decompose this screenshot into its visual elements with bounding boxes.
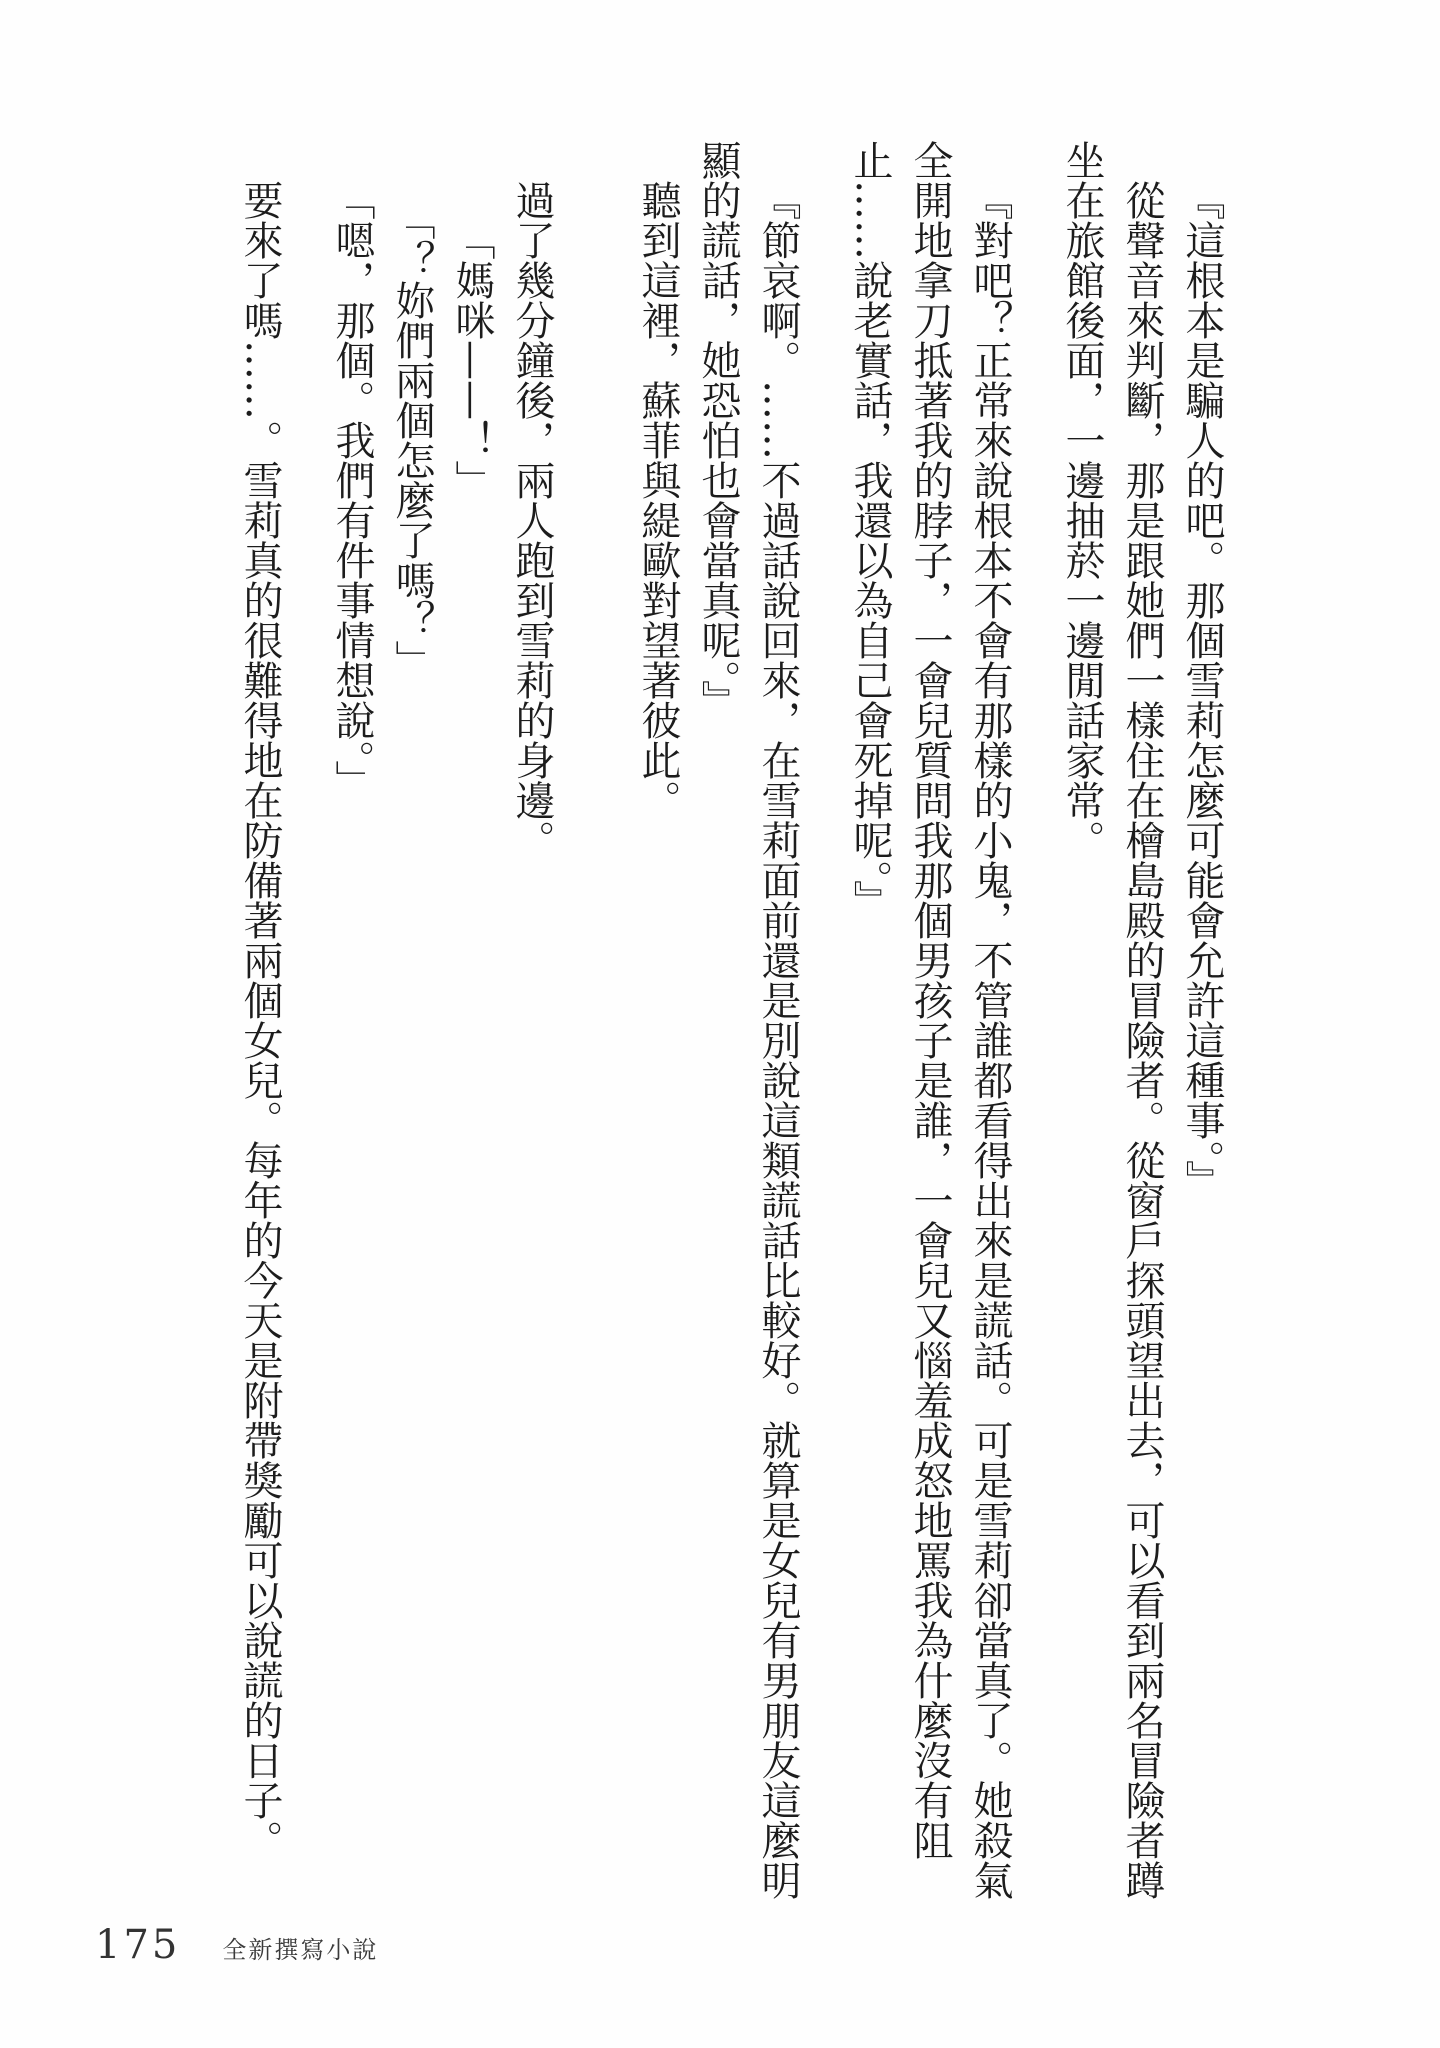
paragraph-3: 『對吧？正常來說根本不會有那樣的小鬼，不管誰都看得出來是謊話。可是雪莉卻當真了。…	[840, 140, 1020, 1902]
paragraph-9: 「嗯，那個。我們有件事情想說。」	[322, 140, 382, 1902]
paragraph-6: 過了幾分鐘後，兩人跑到雪莉的身邊。	[502, 140, 562, 1902]
paragraph-5: 聽到這裡，蘇菲與緹歐對望著彼此。	[628, 140, 688, 1902]
paragraph-10: 要來了嗎……。雪莉真的很難得地在防備著兩個女兒。每年的今天是附帶獎勵可以說謊的日…	[230, 140, 290, 1902]
paragraph-2: 從聲音來判斷，那是跟她們一樣住在檜島殿的冒險者。從窗戶探頭望出去，可以看到兩名冒…	[1052, 140, 1172, 1902]
page-footer: 175 全新撰寫小說	[95, 1922, 378, 1968]
paragraph-1: 『這根本是騙人的吧。那個雪莉怎麼可能會允許這種事。』	[1172, 140, 1232, 1902]
paragraph-7: 「媽咪——！」	[442, 140, 502, 1902]
novel-body-text: 『這根本是騙人的吧。那個雪莉怎麼可能會允許這種事。』從聲音來判斷，那是跟她們一樣…	[230, 140, 1232, 1902]
paragraph-8: 「？妳們兩個怎麼了嗎？」	[382, 140, 442, 1902]
page-number: 175	[95, 1922, 180, 1968]
footer-section-label: 全新撰寫小說	[222, 1930, 378, 1965]
paragraph-4: 『節哀啊。……不過話說回來，在雪莉面前還是別說這類謊話比較好。就算是女兒有男朋友…	[688, 140, 808, 1902]
book-page: 『這根本是騙人的吧。那個雪莉怎麼可能會允許這種事。』從聲音來判斷，那是跟她們一樣…	[0, 0, 1440, 2048]
